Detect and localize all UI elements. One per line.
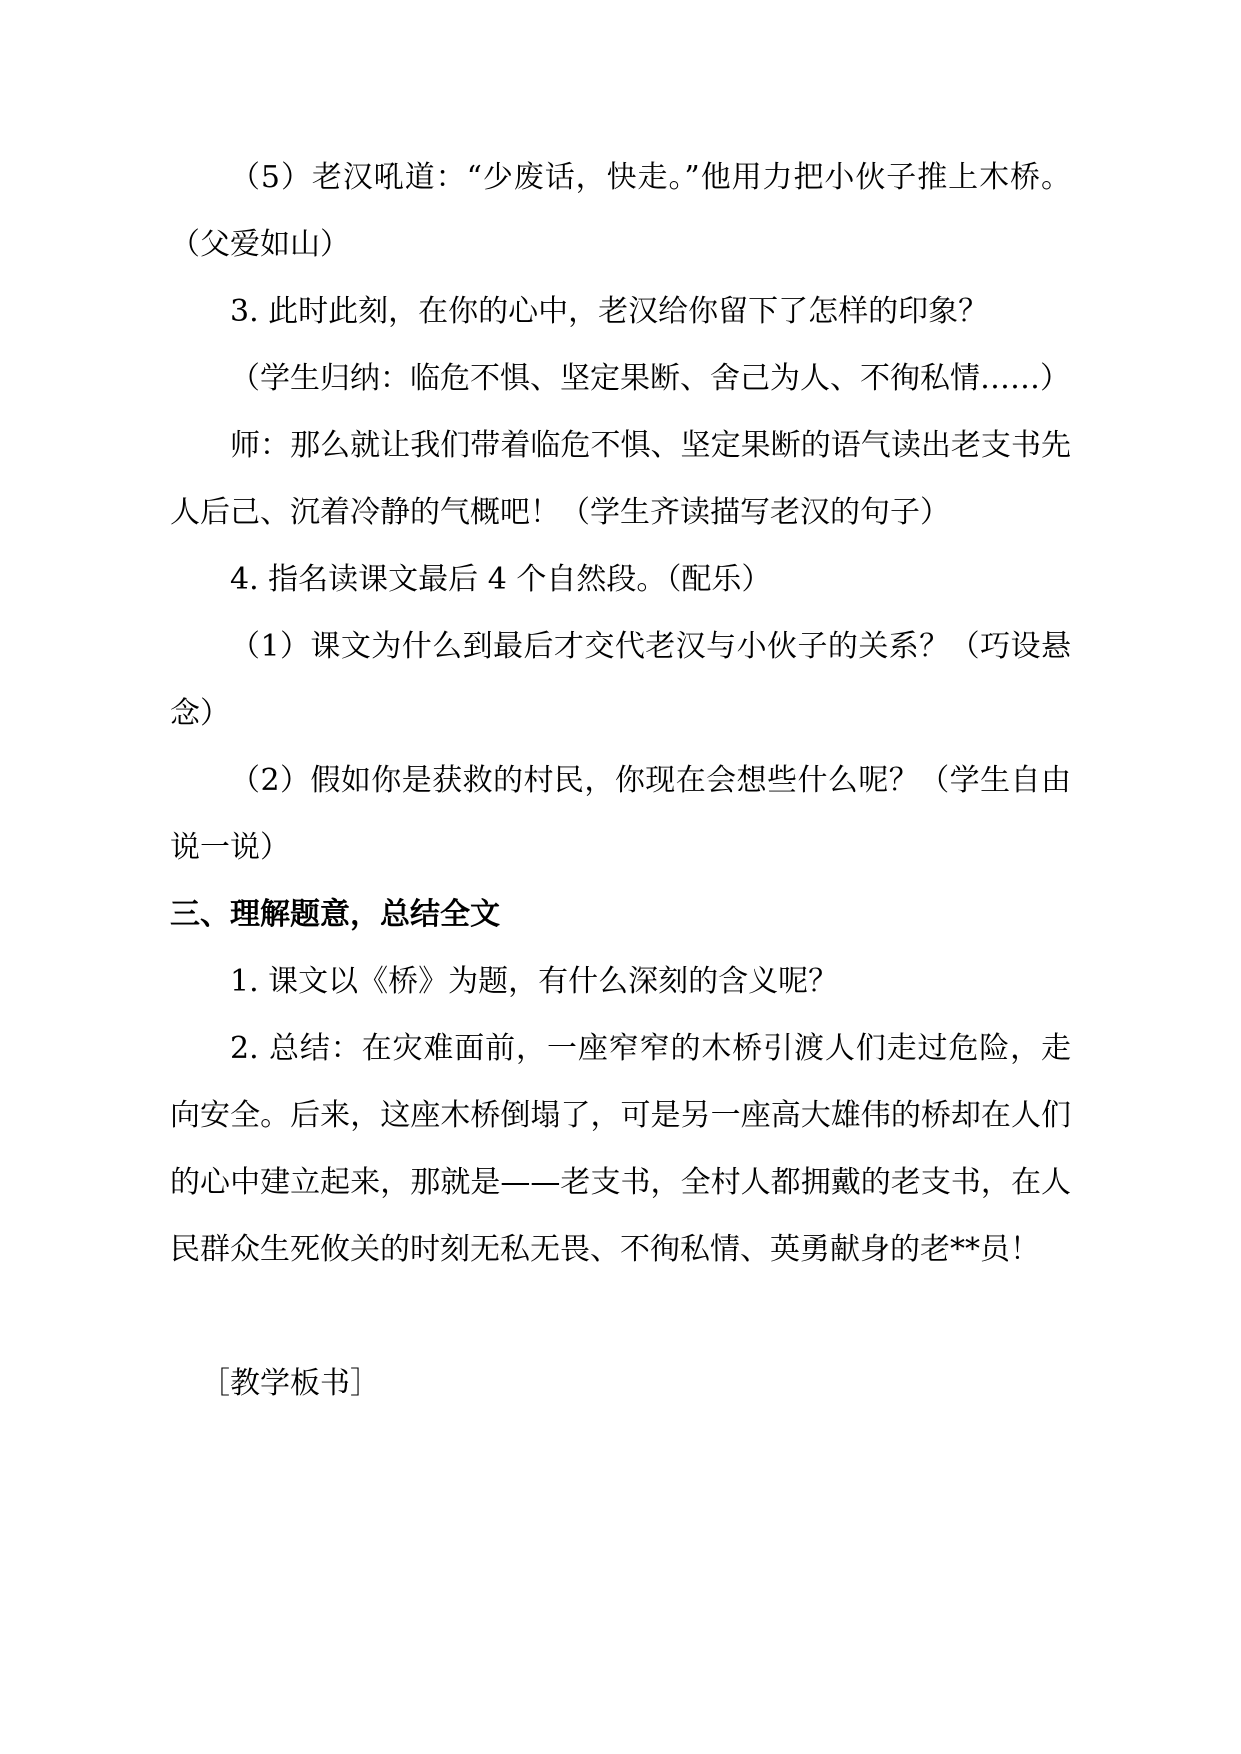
- paragraph-subquestion-2: （2）假如你是获救的村民，你现在会想些什么呢？（学生自由说一说）: [170, 747, 1071, 881]
- paragraph-subquestion-1: （1）课文为什么到最后才交代老汉与小伙子的关系？（巧设悬念）: [170, 613, 1071, 747]
- paragraph-question-3: 3. 此时此刻，在你的心中，老汉给你留下了怎样的印象？: [170, 278, 1071, 345]
- document-content: （5）老汉吼道：“少废话，快走。”他用力把小伙子推上木桥。（父爱如山） 3. 此…: [170, 0, 1071, 1417]
- section-heading-three: 三、理解题意，总结全文: [170, 881, 1071, 948]
- paragraph-reading-task-4: 4. 指名读课文最后 4 个自然段。（配乐）: [170, 546, 1071, 613]
- board-notes-label: ［教学板书］: [170, 1350, 1071, 1417]
- paragraph-teacher-instruction: 师：那么就让我们带着临危不惧、坚定果断的语气读出老支书先人后己、沉着冷静的气概吧…: [170, 412, 1071, 546]
- document-page: （5）老汉吼道：“少废话，快走。”他用力把小伙子推上木桥。（父爱如山） 3. 此…: [0, 0, 1241, 1754]
- paragraph-teacher-quote-5: （5）老汉吼道：“少废话，快走。”他用力把小伙子推上木桥。（父爱如山）: [170, 144, 1071, 278]
- paragraph-final-summary: 2. 总结：在灾难面前，一座窄窄的木桥引渡人们走过危险，走向安全。后来，这座木桥…: [170, 1015, 1071, 1283]
- paragraph-student-summary: （学生归纳：临危不惧、坚定果断、舍己为人、不徇私情……）: [170, 345, 1071, 412]
- paragraph-title-meaning-question: 1. 课文以《桥》为题，有什么深刻的含义呢？: [170, 948, 1071, 1015]
